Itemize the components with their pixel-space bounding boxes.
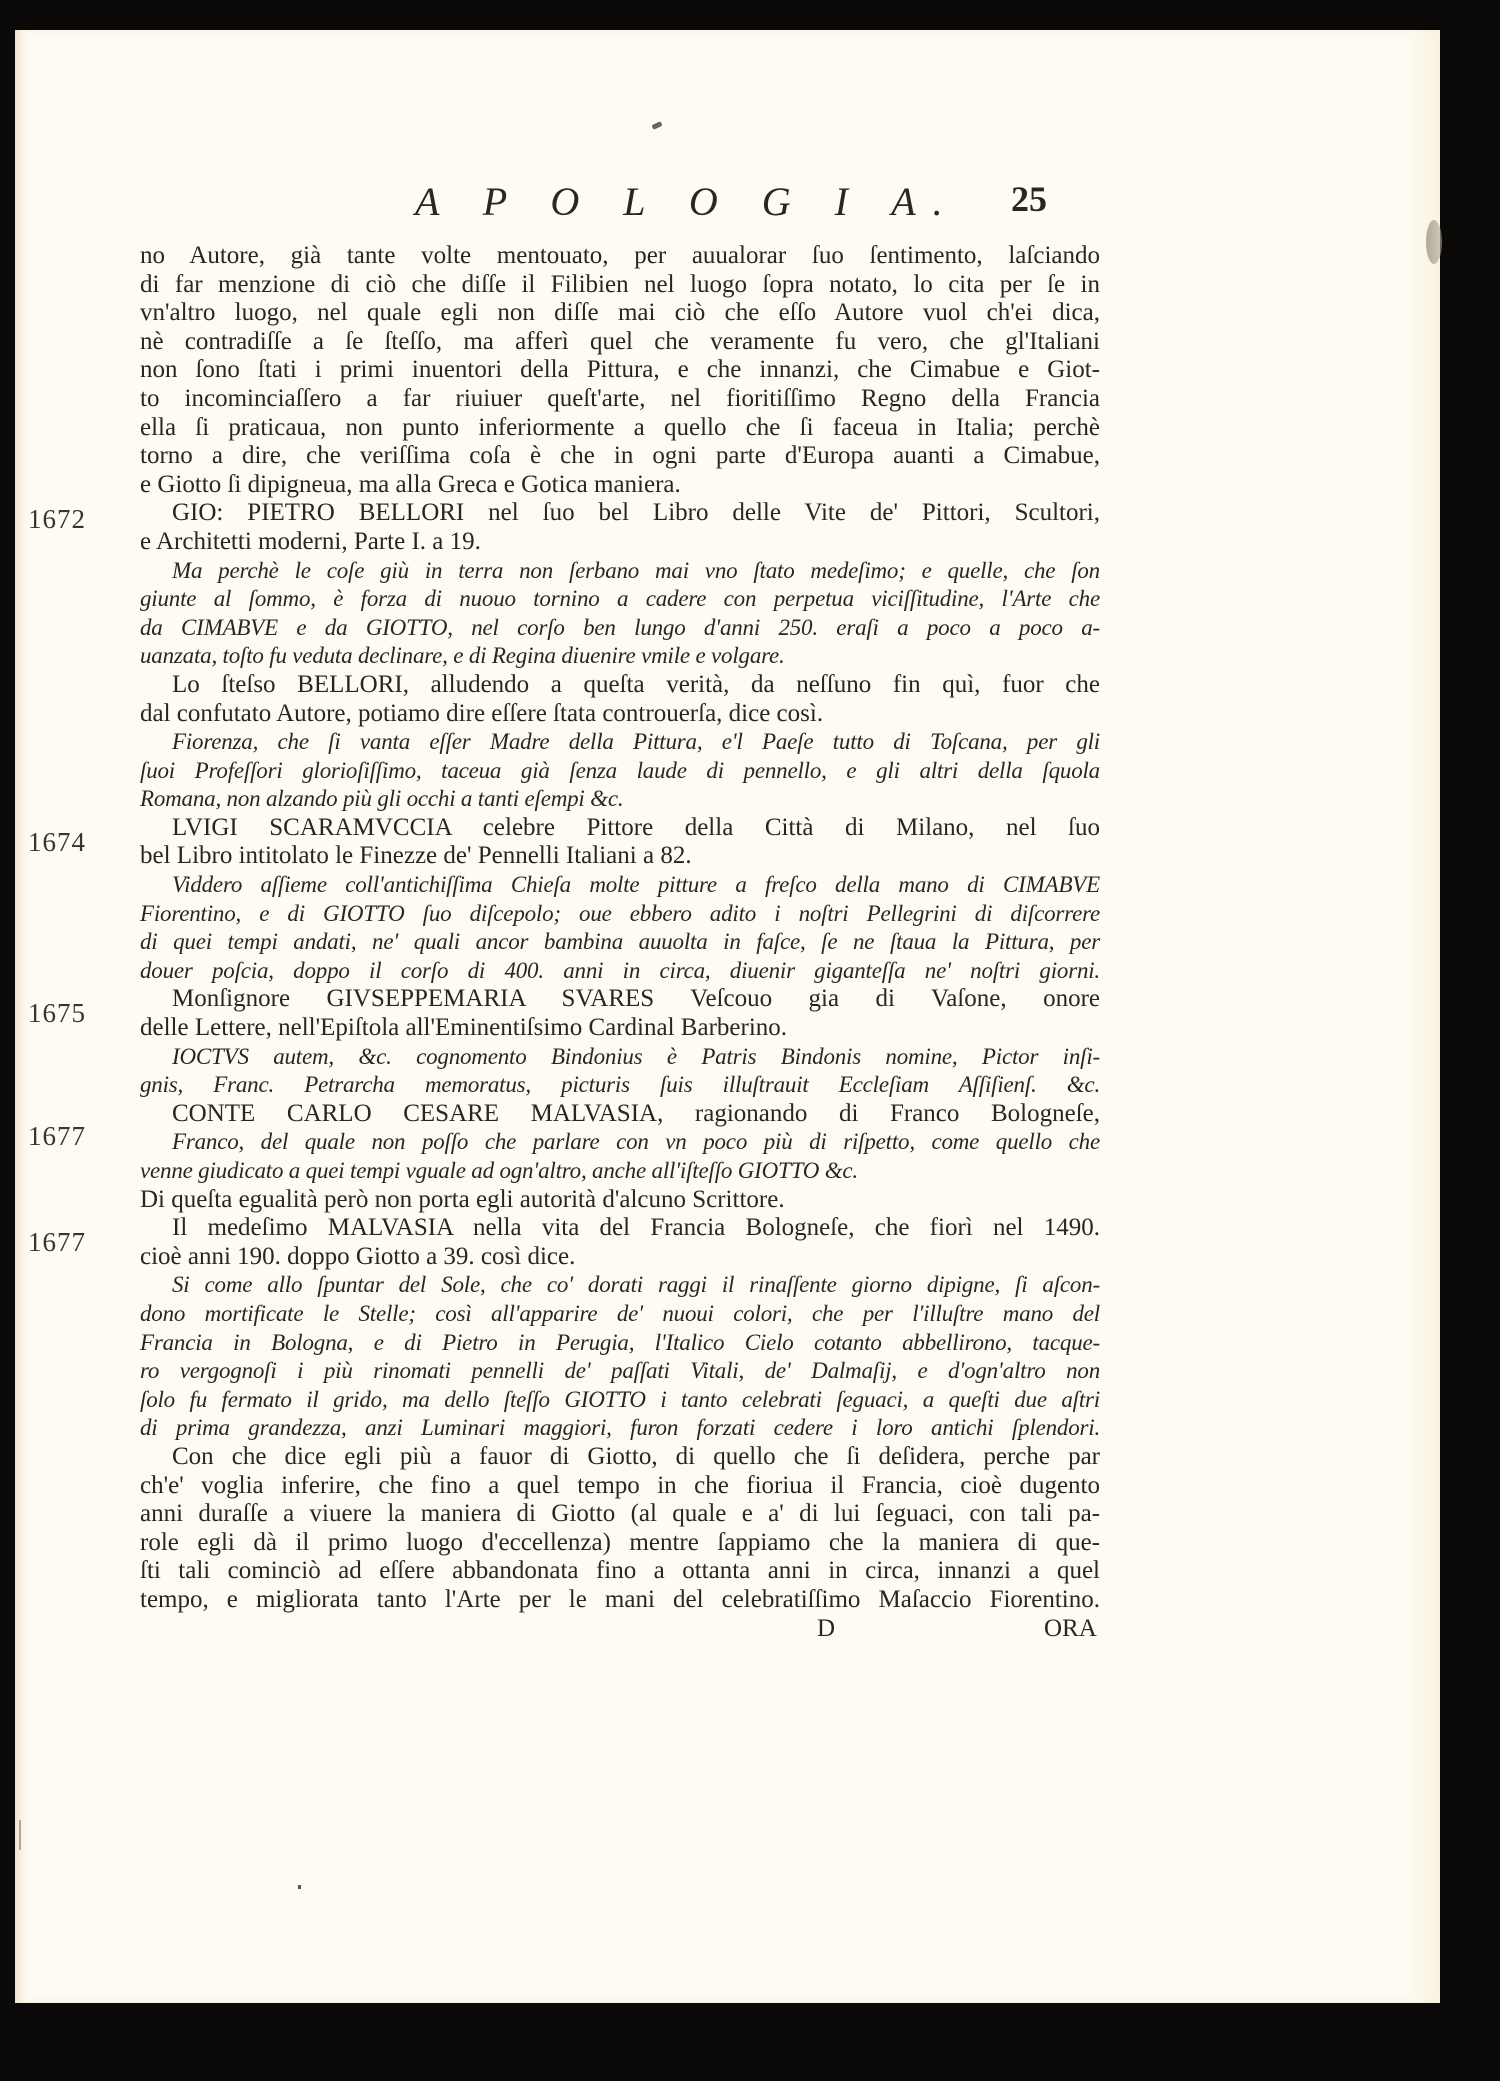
margin-year: 1672 (28, 505, 86, 534)
page-number: 25 (1011, 178, 1047, 220)
citation-text: CONTE CARLO CESARE MALVASIA, ragionando … (172, 1100, 1100, 1127)
text-line: anni duraſſe a viuere la maniera di Giot… (140, 1500, 1100, 1529)
text-line: to incominciaſſero a far riuiuer queſt'a… (140, 385, 1100, 414)
quote-line: Fiorentino, e di GIOTTO ſuo diſcepolo; o… (140, 900, 1100, 929)
citation-text: Il medeſimo MALVASIA nella vita del Fran… (172, 1214, 1100, 1241)
signature-mark: D (817, 1615, 835, 1644)
quote-line: dono mortificate le Stelle; così all'app… (140, 1300, 1100, 1329)
page-header: A P O L O G I A. 25 (15, 178, 1440, 228)
citation-text: GIO: PIETRO BELLORI nel ſuo bel Libro de… (172, 499, 1100, 526)
text-line: non ſono ſtati i primi inuentori della P… (140, 356, 1100, 385)
quote-line: ſuoi Profeſſori glorioſiſſimo, taceua gi… (140, 757, 1100, 786)
book-page: A P O L O G I A. 25 no Autore, già tante… (15, 30, 1440, 2003)
text-line: ſti tali cominciò ad eſſere abbandonata … (140, 1557, 1100, 1586)
margin-year: 1674 (28, 828, 86, 857)
quote-line: giunte al ſommo, è forza di nuouo tornin… (140, 585, 1100, 614)
text-line: Di queſta egualità però non porta egli a… (140, 1186, 1100, 1215)
text-line: ella ſi praticaua, non punto inferiormen… (140, 414, 1100, 443)
text-line: tempo, e migliorata tanto l'Arte per le … (140, 1586, 1100, 1615)
citation-line: 1674 LVIGI SCARAMVCCIA celebre Pittore d… (140, 814, 1100, 843)
page-edge-mark (19, 1820, 21, 1850)
text-line: delle Lettere, nell'Epiſtola all'Eminent… (140, 1014, 1100, 1043)
citation-line: 1672 GIO: PIETRO BELLORI nel ſuo bel Lib… (140, 499, 1100, 528)
text-line: bel Libro intitolato le Finezze de' Penn… (140, 842, 1100, 871)
quote-line: di quei tempi andati, ne' quali ancor ba… (140, 928, 1100, 957)
margin-year: 1677 (28, 1122, 86, 1151)
quote-line: uanzata, toſto fu veduta declinare, e di… (140, 642, 1100, 671)
quote-line: ro vergognoſi i più rinomati pennelli de… (140, 1357, 1100, 1386)
margin-year: 1677 (28, 1228, 86, 1257)
citation-line: 1677 CONTE CARLO CESARE MALVASIA, ragion… (140, 1100, 1100, 1129)
quote-line: Romana, non alzando più gli occhi a tant… (140, 785, 1100, 814)
text-line: vn'altro luogo, nel quale egli non diſſe… (140, 299, 1100, 328)
quote-line: IOCTVS autem, &c. cognomento Bindonius è… (140, 1043, 1100, 1072)
quote-line: di prima grandezza, anzi Luminari maggio… (140, 1414, 1100, 1443)
text-line: role egli dà il primo luogo d'eccellenza… (140, 1529, 1100, 1558)
text-line: no Autore, già tante volte mentouato, pe… (140, 242, 1100, 271)
text-line: torno a dire, che veriſſima coſa è che i… (140, 442, 1100, 471)
text-line: Con che dice egli più a fauor di Giotto,… (140, 1443, 1100, 1472)
running-title: A P O L O G I A. (415, 178, 960, 225)
text-line: ch'e' voglia inferire, che fino a quel t… (140, 1472, 1100, 1501)
citation-line: 1677 Il medeſimo MALVASIA nella vita del… (140, 1214, 1100, 1243)
text-line: e Architetti moderni, Parte I. a 19. (140, 528, 1100, 557)
catchword: ORA (1044, 1615, 1097, 1644)
quote-line: Si come allo ſpuntar del Sole, che co' d… (140, 1271, 1100, 1300)
quote-line: da CIMABVE e da GIOTTO, nel corſo ben lu… (140, 614, 1100, 643)
text-line: Lo ſteſso BELLORI, alludendo a queſta ve… (140, 671, 1100, 700)
citation-line: 1675 Monſignore GIVSEPPEMARIA SVARES Veſ… (140, 985, 1100, 1014)
text-line: di far menzione di ciò che diſſe il Fili… (140, 271, 1100, 300)
quote-line: ſolo fu fermato il grido, ma dello ſteſſ… (140, 1386, 1100, 1415)
body-text: no Autore, già tante volte mentouato, pe… (140, 242, 1100, 1643)
text-line: cioè anni 190. doppo Giotto a 39. così d… (140, 1243, 1100, 1272)
text-line: dal confutato Autore, potiamo dire eſſer… (140, 700, 1100, 729)
quote-line: Ma perchè le coſe giù in terra non ſerba… (140, 557, 1100, 586)
quote-line: Viddero aſſieme coll'antichiſſima Chieſa… (140, 871, 1100, 900)
quote-line: Francia in Bologna, e di Pietro in Perug… (140, 1329, 1100, 1358)
text-line: e Giotto ſi dipigneua, ma alla Greca e G… (140, 471, 1100, 500)
quote-line: Franco, del quale non poſſo che parlare … (140, 1128, 1100, 1157)
quote-line: douer poſcia, doppo il corſo di 400. ann… (140, 957, 1100, 986)
ink-mark (651, 121, 662, 130)
quote-line: Fiorenza, che ſi vanta eſſer Madre della… (140, 728, 1100, 757)
quote-line: gnis, Franc. Petrarcha memoratus, pictur… (140, 1071, 1100, 1100)
page-footer: D ORA (140, 1615, 1100, 1644)
margin-year: 1675 (28, 999, 86, 1028)
ink-speck (298, 1885, 301, 1889)
text-line: nè contradiſſe a ſe ſteſſo, ma afferì qu… (140, 328, 1100, 357)
citation-text: LVIGI SCARAMVCCIA celebre Pittore della … (172, 814, 1100, 841)
thumb-smudge (1426, 220, 1442, 264)
quote-line: venne giudicato a quei tempi vguale ad o… (140, 1157, 1100, 1186)
citation-text: Monſignore GIVSEPPEMARIA SVARES Veſcouo … (172, 985, 1100, 1012)
